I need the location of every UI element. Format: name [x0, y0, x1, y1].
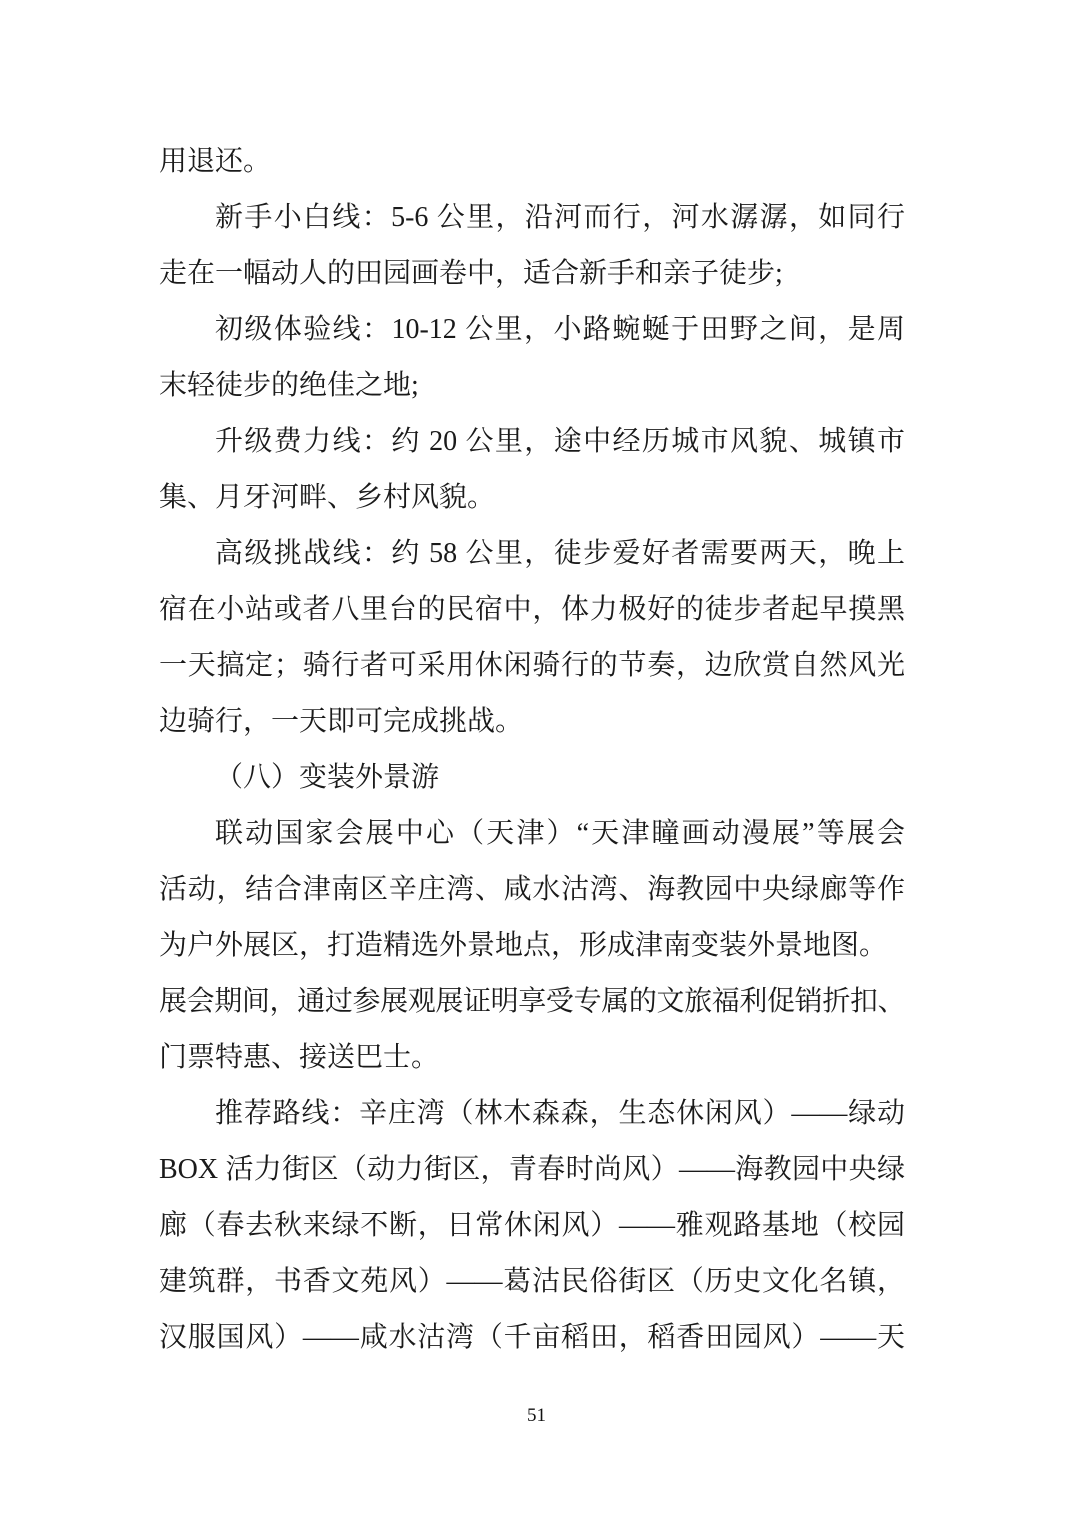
text-line: 宿在小站或者八里台的民宿中，体力极好的徒步者起早摸黑 — [159, 582, 905, 638]
text-line: 廊（春去秋来绿不断，日常休闲风）——雅观路基地（校园 — [159, 1198, 905, 1254]
text-line: 推荐路线：辛庄湾（林木森森，生态休闲风）——绿动 — [159, 1086, 905, 1142]
text-line: 升级费力线：约 20 公里，途中经历城市风貌、城镇市 — [159, 414, 905, 470]
text-line: 末轻徒步的绝佳之地; — [159, 358, 905, 414]
text-line: 边骑行，一天即可完成挑战。 — [159, 694, 905, 750]
section-heading-line: （八）变装外景游 — [159, 750, 905, 806]
text-line: 初级体验线：10-12 公里，小路蜿蜒于田野之间，是周 — [159, 302, 905, 358]
text-line: 一天搞定；骑行者可采用休闲骑行的节奏，边欣赏自然风光 — [159, 638, 905, 694]
text-line: BOX 活力街区（动力街区，青春时尚风）——海教园中央绿 — [159, 1142, 905, 1198]
page-number: 51 — [0, 1404, 1073, 1428]
document-page: 用退还。 新手小白线：5-6 公里，沿河而行，河水潺潺，如同行 走在一幅动人的田… — [0, 0, 1073, 1519]
text-line: 用退还。 — [159, 134, 905, 190]
text-line: 展会期间，通过参展观展证明享受专属的文旅福利促销折扣、 — [159, 974, 905, 1030]
text-line: 走在一幅动人的田园画卷中，适合新手和亲子徒步; — [159, 246, 905, 302]
text-line: 新手小白线：5-6 公里，沿河而行，河水潺潺，如同行 — [159, 190, 905, 246]
text-line: 汉服国风）——咸水沽湾（千亩稻田，稻香田园风）——天 — [159, 1310, 905, 1366]
text-line: 建筑群，书香文苑风）——葛沽民俗街区（历史文化名镇， — [159, 1254, 905, 1310]
text-line: 联动国家会展中心（天津）“天津瞳画动漫展”等展会 — [159, 806, 905, 862]
text-line: 为户外展区，打造精选外景地点，形成津南变装外景地图。 — [159, 918, 905, 974]
document-body: 用退还。 新手小白线：5-6 公里，沿河而行，河水潺潺，如同行 走在一幅动人的田… — [159, 134, 905, 1366]
text-line: 门票特惠、接送巴士。 — [159, 1030, 905, 1086]
text-line: 高级挑战线：约 58 公里，徒步爱好者需要两天，晚上 — [159, 526, 905, 582]
text-line: 集、月牙河畔、乡村风貌。 — [159, 470, 905, 526]
text-line: 活动，结合津南区辛庄湾、咸水沽湾、海教园中央绿廊等作 — [159, 862, 905, 918]
